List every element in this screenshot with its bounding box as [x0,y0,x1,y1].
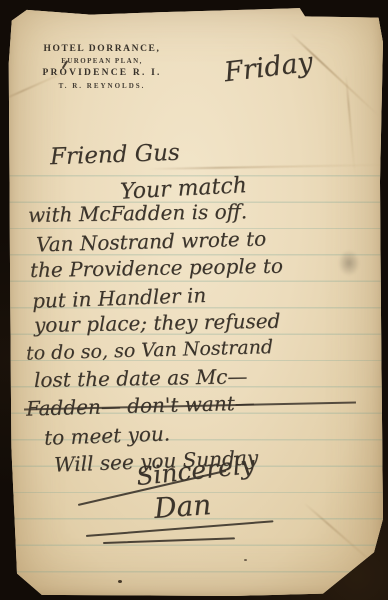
salutation: Friend Gus [50,140,181,171]
letterhead-proprietor: T. R. REYNOLDS. [36,82,168,90]
letterhead-plan: EUROPEAN PLAN, [36,57,168,65]
letterhead-location: PROVIDENCE R. I. [36,68,168,78]
letterhead: HOTEL DORRANCE, EUROPEAN PLAN, PROVIDENC… [36,44,168,90]
signature: Dan [153,488,212,525]
handwritten-date: Friday [222,47,314,89]
letter-paper: HOTEL DORRANCE, EUROPEAN PLAN, PROVIDENC… [8,4,383,596]
letterhead-hotel-name: HOTEL DORRANCE, [36,44,168,54]
scan-background: HOTEL DORRANCE, EUROPEAN PLAN, PROVIDENC… [0,0,388,600]
letter-body: Your match with McFadden is off. Van Nos… [26,172,376,473]
age-speck [118,580,122,583]
age-speck [244,559,247,561]
